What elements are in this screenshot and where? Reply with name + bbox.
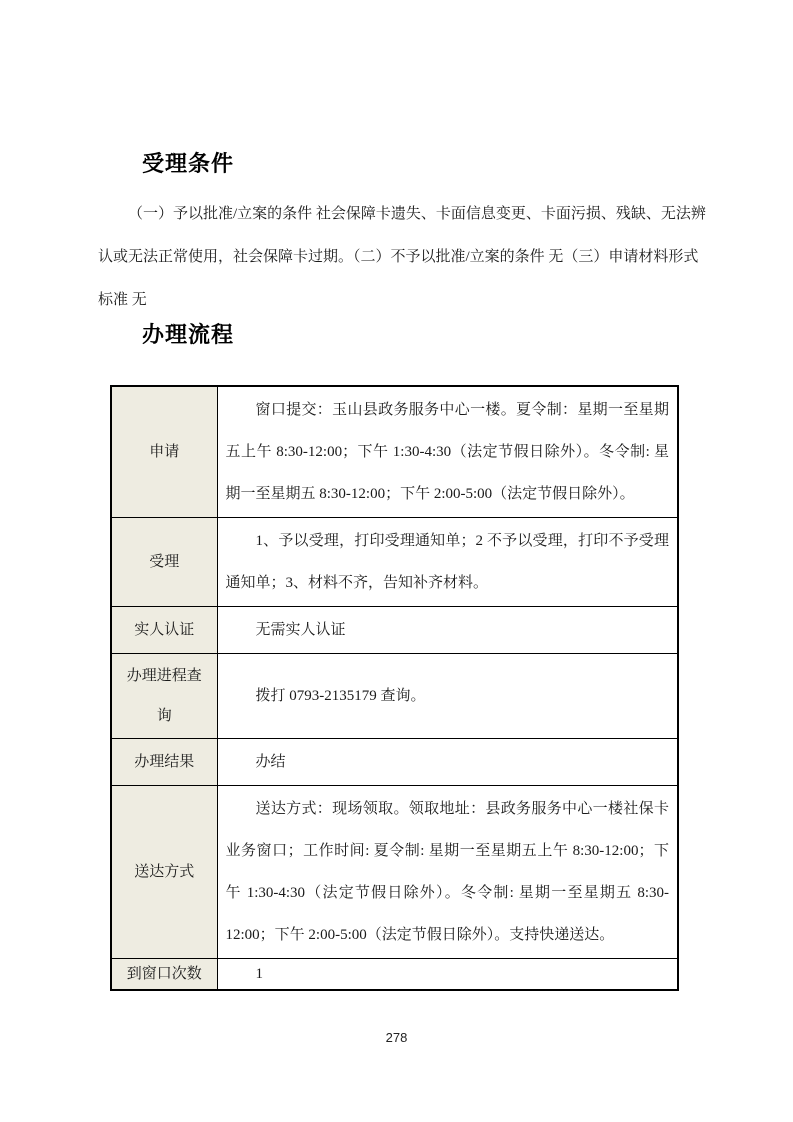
row-content-accept: 1、予以受理，打印受理通知单；2 不予以受理，打印不予受理通知单；3、材料不齐，… xyxy=(217,518,678,607)
table-row-accept: 受理 1、予以受理，打印受理通知单；2 不予以受理，打印不予受理通知单；3、材料… xyxy=(111,518,678,607)
row-content-delivery-method: 送达方式：现场领取。领取地址：县政务服务中心一楼社保卡业务窗口；工作时间: 夏令… xyxy=(217,786,678,959)
process-flow-table: 申请 窗口提交：玉山县政务服务中心一楼。夏令制：星期一至星期五上午 8:30-1… xyxy=(110,385,679,991)
acceptance-conditions-paragraph: （一）予以批准/立案的条件 社会保障卡遗失、卡面信息变更、卡面污损、残缺、无法辨… xyxy=(98,193,710,322)
table-row-delivery-method: 送达方式 送达方式：现场领取。领取地址：县政务服务中心一楼社保卡业务窗口；工作时… xyxy=(111,786,678,959)
table-row-progress-inquiry: 办理进程查询 拨打 0793-2135179 查询。 xyxy=(111,654,678,739)
table-row-window-visits: 到窗口次数 1 xyxy=(111,959,678,991)
page-number: 278 xyxy=(0,1030,793,1045)
section-heading-process-flow: 办理流程 xyxy=(142,320,234,350)
row-label-delivery-method: 送达方式 xyxy=(111,786,217,959)
section-heading-acceptance-conditions: 受理条件 xyxy=(142,149,234,179)
row-label-progress-inquiry: 办理进程查询 xyxy=(111,654,217,739)
row-content-window-visits: 1 xyxy=(217,959,678,991)
table-row-apply: 申请 窗口提交：玉山县政务服务中心一楼。夏令制：星期一至星期五上午 8:30-1… xyxy=(111,386,678,518)
table-row-identity-verification: 实人认证 无需实人认证 xyxy=(111,607,678,654)
row-label-accept: 受理 xyxy=(111,518,217,607)
table-row-result: 办理结果 办结 xyxy=(111,739,678,786)
document-page: 受理条件 （一）予以批准/立案的条件 社会保障卡遗失、卡面信息变更、卡面污损、残… xyxy=(0,0,793,1122)
row-label-identity-verification: 实人认证 xyxy=(111,607,217,654)
row-content-progress-inquiry: 拨打 0793-2135179 查询。 xyxy=(217,654,678,739)
row-label-window-visits: 到窗口次数 xyxy=(111,959,217,991)
row-label-result: 办理结果 xyxy=(111,739,217,786)
row-label-apply: 申请 xyxy=(111,386,217,518)
row-content-result: 办结 xyxy=(217,739,678,786)
row-content-identity-verification: 无需实人认证 xyxy=(217,607,678,654)
row-content-apply: 窗口提交：玉山县政务服务中心一楼。夏令制：星期一至星期五上午 8:30-12:0… xyxy=(217,386,678,518)
